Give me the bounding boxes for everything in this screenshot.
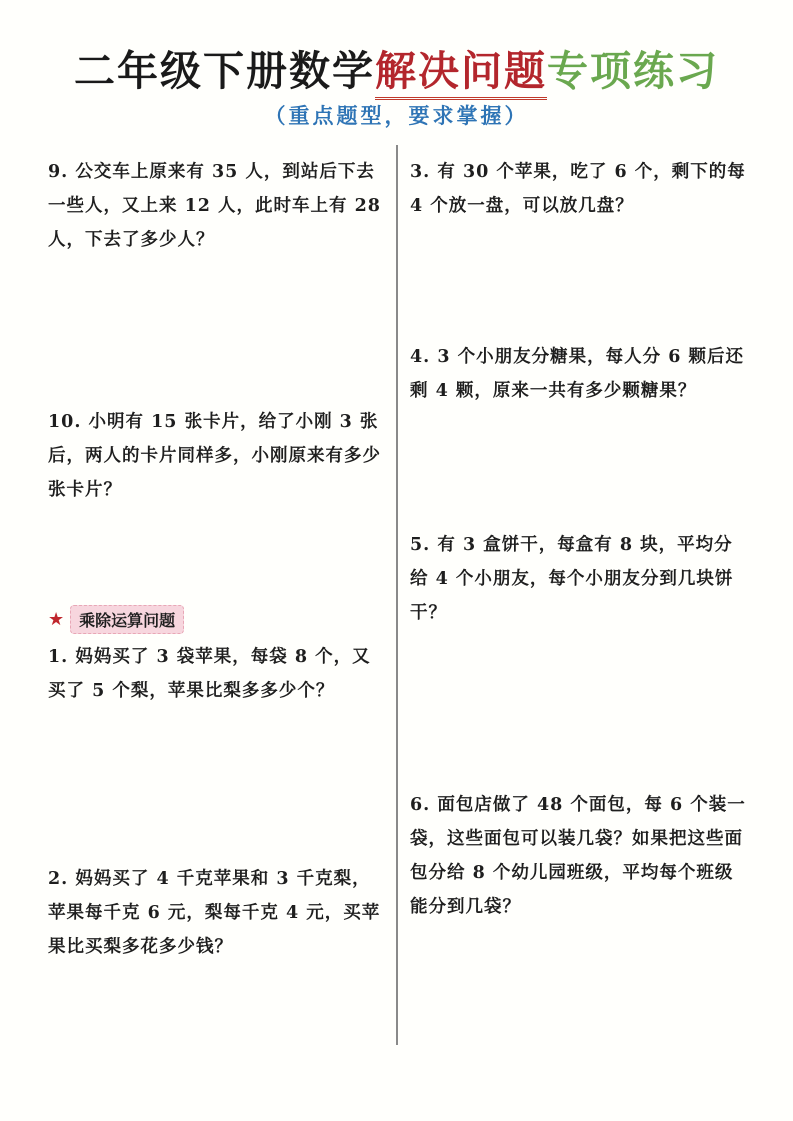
question-5: 5. 有 3 盒饼干，每盒有 8 块，平均分给 4 个小朋友，每个小朋友分到几块…: [410, 528, 750, 630]
title-practice: 专项练习: [547, 47, 719, 95]
column-divider: [396, 145, 398, 1045]
section-label: 乘除运算问题: [70, 605, 184, 634]
question-9: 9. 公交车上原来有 35 人，到站后下去一些人，又上来 12 人，此时车上有 …: [48, 155, 388, 257]
question-2: 2. 妈妈买了 4 千克苹果和 3 千克梨，苹果每千克 6 元，梨每千克 4 元…: [48, 862, 388, 964]
question-1: 1. 妈妈买了 3 袋苹果，每袋 8 个，又买了 5 个梨，苹果比梨多多少个？: [48, 640, 388, 708]
question-10: 10. 小明有 15 张卡片，给了小刚 3 张后，两人的卡片同样多，小刚原来有多…: [48, 405, 388, 507]
title-topic: 解决问题: [375, 47, 547, 100]
subtitle: （重点题型，要求掌握）: [0, 100, 793, 130]
title-grade: 二年级下册数学: [74, 47, 375, 95]
star-icon: ★: [48, 609, 64, 630]
page-title: 二年级下册数学解决问题专项练习: [0, 38, 793, 97]
section-header: ★ 乘除运算问题: [48, 605, 184, 634]
question-6: 6. 面包店做了 48 个面包，每 6 个装一袋，这些面包可以装几袋？如果把这些…: [410, 788, 750, 924]
question-3: 3. 有 30 个苹果，吃了 6 个，剩下的每 4 个放一盘，可以放几盘？: [410, 155, 750, 223]
question-4: 4. 3 个小朋友分糖果，每人分 6 颗后还剩 4 颗，原来一共有多少颗糖果？: [410, 340, 750, 408]
